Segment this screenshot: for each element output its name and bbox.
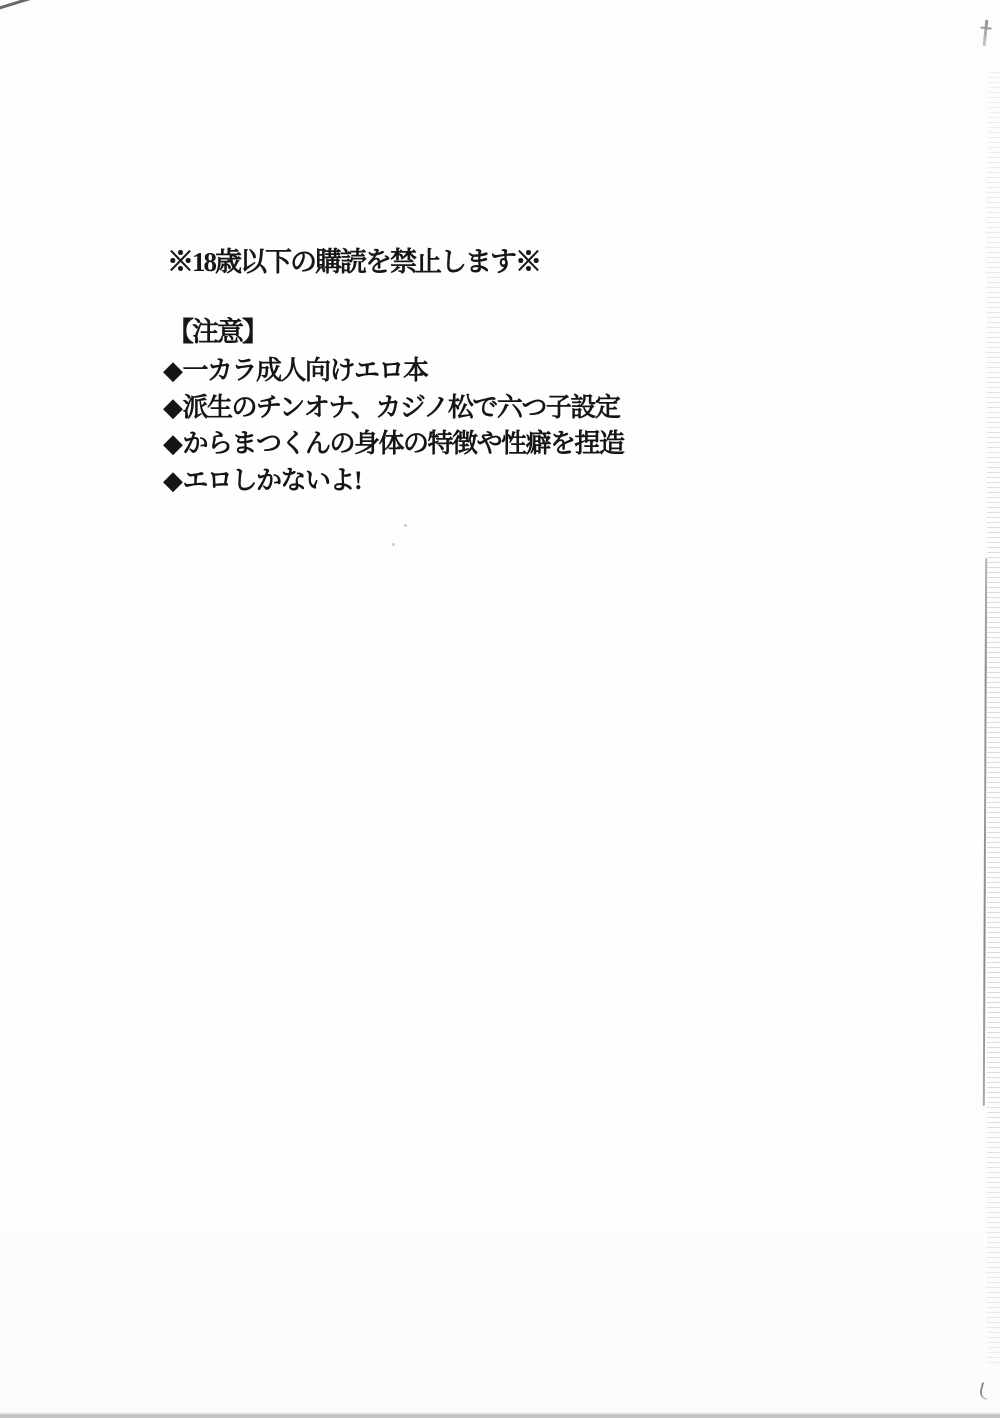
bullet-item: ◆からまつくんの身体の特徴や性癖を捏造 [163, 426, 624, 463]
scan-bottom-right-mark [978, 1382, 991, 1400]
diamond-bullet-icon: ◆ [163, 426, 182, 463]
bullet-item: ◆一カラ成人向けエロ本 [163, 353, 624, 390]
scan-corner-mark [0, 0, 34, 11]
age-warning-line: ※18歳以下の購読を禁止します※ [167, 240, 540, 279]
notice-bullet-list: ◆一カラ成人向けエロ本 ◆派生のチンオナ、カジノ松で六つ子設定 ◆からまつくんの… [163, 353, 624, 499]
bullet-text: からまつくんの身体の特徴や性癖を捏造 [183, 429, 624, 458]
scan-page-edge-ticks [987, 72, 1000, 1364]
scan-dust-speck [392, 543, 395, 546]
diamond-bullet-icon: ◆ [163, 390, 182, 427]
diamond-bullet-icon: ◆ [163, 463, 182, 500]
bullet-text: 派生のチンオナ、カジノ松で六つ子設定 [183, 393, 620, 422]
notice-heading: 【注意】 [167, 310, 267, 349]
diamond-bullet-icon: ◆ [163, 353, 182, 390]
scan-topright-mark [983, 20, 989, 46]
scan-dust-speck [404, 524, 407, 527]
scanned-document-page: ※18歳以下の購読を禁止します※ 【注意】 ◆一カラ成人向けエロ本 ◆派生のチン… [0, 0, 1000, 1418]
bullet-item: ◆エロしかないよ! [163, 463, 624, 500]
scan-bottom-edge-shadow [0, 1412, 1000, 1418]
bullet-text: 一カラ成人向けエロ本 [183, 356, 428, 385]
bullet-text: エロしかないよ! [183, 466, 362, 495]
bullet-item: ◆派生のチンオナ、カジノ松で六つ子設定 [163, 390, 624, 427]
